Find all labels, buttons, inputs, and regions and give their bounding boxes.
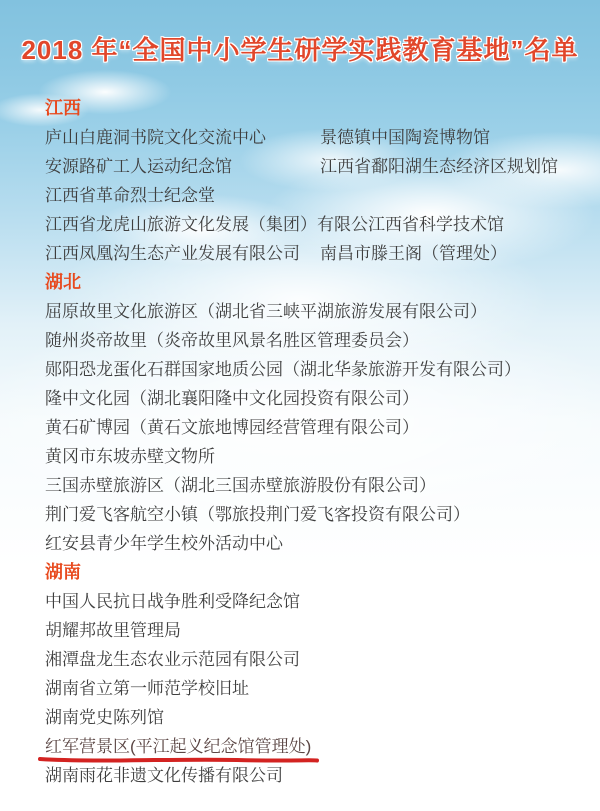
list-item: 黄冈市东坡赤壁文物所 <box>45 442 570 471</box>
base-name: 郧阳恐龙蛋化石群国家地质公园（湖北华彖旅游开发有限公司） <box>45 355 521 384</box>
list-item: 湘潭盘龙生态农业示范园有限公司 <box>45 645 570 674</box>
base-name: 红安县青少年学生校外活动中心 <box>45 529 320 558</box>
base-name: 湖南雨花非遗文化传播有限公司 <box>45 761 320 790</box>
base-name: 江西凤凰沟生态产业发展有限公司 <box>45 239 320 268</box>
base-name: 荆门爱飞客航空小镇（鄂旅投荆门爱飞客投资有限公司） <box>45 500 470 529</box>
list-item: 湖南党史陈列馆 <box>45 703 570 732</box>
list-item: 黄石矿博园（黄石文旅地博园经营管理有限公司） <box>45 413 570 442</box>
base-name: 黄冈市东坡赤壁文物所 <box>45 442 320 471</box>
list-item: 江西省革命烈士纪念堂 <box>45 181 570 210</box>
list-item: 湖南雨花非遗文化传播有限公司 <box>45 761 570 790</box>
list-item: 安源路矿工人运动纪念馆 江西省鄱阳湖生态经济区规划馆 <box>45 152 570 181</box>
list-item: 江西凤凰沟生态产业发展有限公司 南昌市滕王阁（管理处） <box>45 239 570 268</box>
page-title: 2018 年“全国中小学生研学实践教育基地”名单 <box>0 0 600 67</box>
section-header-jiangxi: 江西 <box>45 94 570 123</box>
base-name: 江西省革命烈士纪念堂 <box>45 181 320 210</box>
list-item: 庐山白鹿洞书院文化交流中心 景德镇中国陶瓷博物馆 <box>45 123 570 152</box>
list-item: 郧阳恐龙蛋化石群国家地质公园（湖北华彖旅游开发有限公司） <box>45 355 570 384</box>
list-item: 三国赤壁旅游区（湖北三国赤壁旅游股份有限公司） <box>45 471 570 500</box>
list-item: 湖南省立第一师范学校旧址 <box>45 674 570 703</box>
base-name: 随州炎帝故里（炎帝故里风景名胜区管理委员会） <box>45 326 419 355</box>
base-name: 胡耀邦故里管理局 <box>45 616 320 645</box>
base-name: 黄石矿博园（黄石文旅地博园经营管理有限公司） <box>45 413 419 442</box>
base-name: 南昌市滕王阁（管理处） <box>320 239 507 268</box>
base-name: 景德镇中国陶瓷博物馆 <box>320 123 490 152</box>
base-name: 江西省鄱阳湖生态经济区规划馆 <box>320 152 558 181</box>
list-item: 随州炎帝故里（炎帝故里风景名胜区管理委员会） <box>45 326 570 355</box>
base-name: 三国赤壁旅游区（湖北三国赤壁旅游股份有限公司） <box>45 471 436 500</box>
base-list: 江西 庐山白鹿洞书院文化交流中心 景德镇中国陶瓷博物馆 安源路矿工人运动纪念馆 … <box>45 94 570 790</box>
base-name: 隆中文化园（湖北襄阳隆中文化园投资有限公司） <box>45 384 419 413</box>
list-item: 胡耀邦故里管理局 <box>45 616 570 645</box>
section-header-hunan: 湖南 <box>45 558 570 587</box>
list-item-highlighted: 红军营景区(平江起义纪念馆管理处) <box>45 732 570 761</box>
section-header-hubei: 湖北 <box>45 268 570 297</box>
list-item: 江西省龙虎山旅游文化发展（集团）有限公江西省科学技术馆 <box>45 210 570 239</box>
base-name: 中国人民抗日战争胜利受降纪念馆 <box>45 587 320 616</box>
list-item: 红安县青少年学生校外活动中心 <box>45 529 570 558</box>
base-name: 庐山白鹿洞书院文化交流中心 <box>45 123 320 152</box>
base-name: 安源路矿工人运动纪念馆 <box>45 152 320 181</box>
base-name: 湖南省立第一师范学校旧址 <box>45 674 320 703</box>
list-item: 屈原故里文化旅游区（湖北省三峡平湖旅游发展有限公司） <box>45 297 570 326</box>
list-item: 荆门爱飞客航空小镇（鄂旅投荆门爱飞客投资有限公司） <box>45 500 570 529</box>
list-item: 隆中文化园（湖北襄阳隆中文化园投资有限公司） <box>45 384 570 413</box>
list-item: 中国人民抗日战争胜利受降纪念馆 <box>45 587 570 616</box>
base-name: 红军营景区(平江起义纪念馆管理处) <box>45 732 320 761</box>
base-name: 江西省龙虎山旅游文化发展（集团）有限公江西省科学技术馆 <box>45 210 504 239</box>
base-name: 屈原故里文化旅游区（湖北省三峡平湖旅游发展有限公司） <box>45 297 487 326</box>
base-name: 湖南党史陈列馆 <box>45 703 320 732</box>
base-name: 湘潭盘龙生态农业示范园有限公司 <box>45 645 320 674</box>
